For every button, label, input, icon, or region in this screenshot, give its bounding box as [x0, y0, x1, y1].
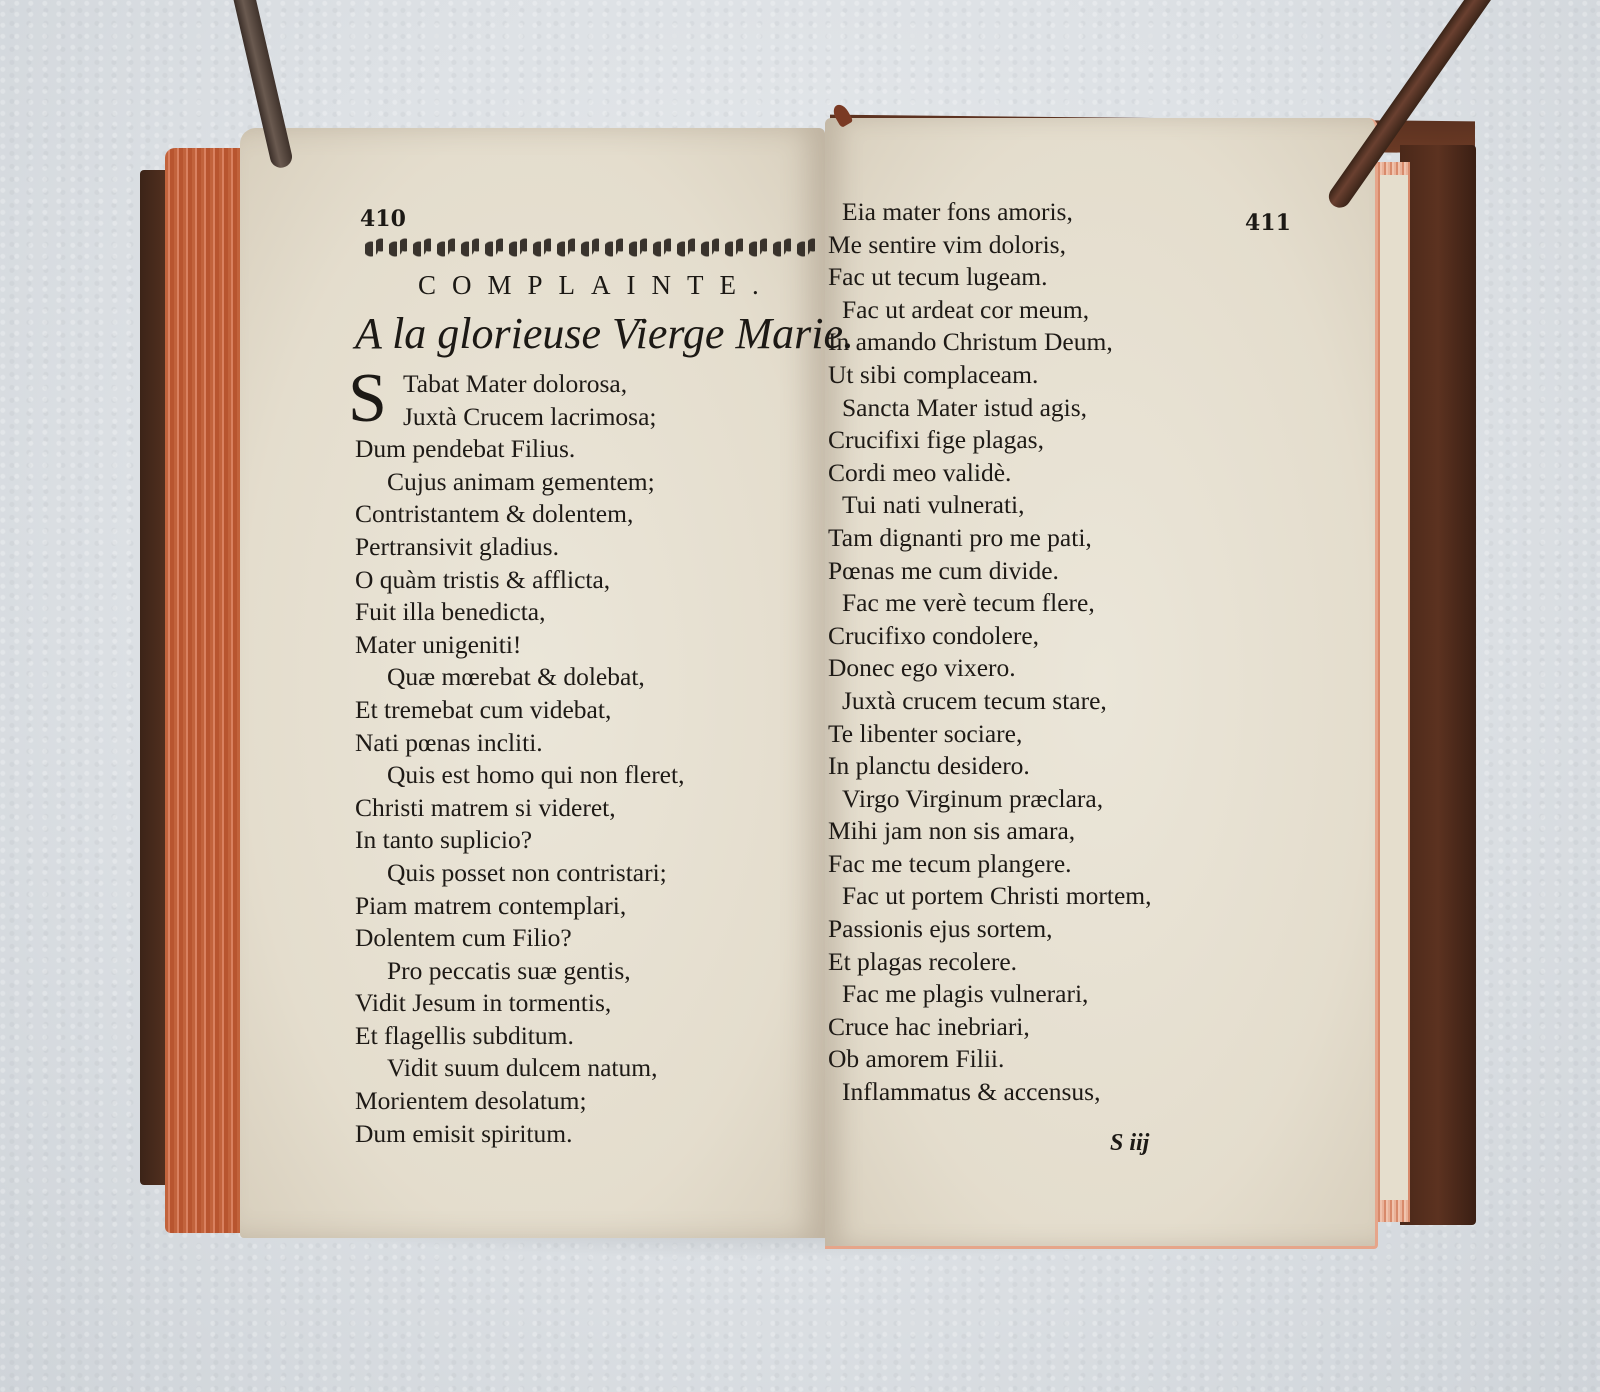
verse-line: Fac me verè tecum flere, — [828, 587, 1152, 620]
signature-mark: S iij — [1110, 1130, 1149, 1157]
verse-line: Vidit suum dulcem natum, — [355, 1052, 684, 1085]
page-heading: COMPLAINTE. — [418, 270, 775, 301]
verse-line: Et tremebat cum videbat, — [355, 694, 684, 727]
verse-line: Virgo Virginum præclara, — [828, 783, 1152, 816]
fleuron-ornament-icon — [365, 233, 820, 265]
verse-line: Mihi jam non sis amara, — [828, 815, 1152, 848]
right-underlying-page — [1380, 175, 1408, 1200]
verse-line: Sancta Mater istud agis, — [828, 392, 1152, 425]
verse-line: Te libenter sociare, — [828, 718, 1152, 751]
verse-line: Quis est homo qui non fleret, — [355, 759, 684, 792]
verse-line: Morientem desolatum; — [355, 1085, 684, 1118]
verse-line: Et flagellis subditum. — [355, 1020, 684, 1053]
verse-line: Crucifixi fige plagas, — [828, 424, 1152, 457]
verse-line: Donec ego vixero. — [828, 652, 1152, 685]
verse-line: Piam matrem contemplari, — [355, 890, 684, 923]
verse-line: Vidit Jesum in tormentis, — [355, 987, 684, 1020]
verse-line: Ut sibi complaceam. — [828, 359, 1152, 392]
verse-line: Dum emisit spiritum. — [355, 1118, 684, 1151]
verse-line: Inflammatus & accensus, — [828, 1076, 1152, 1109]
verse-line: Pœnas me cum divide. — [828, 555, 1152, 588]
verse-line: Tabat Mater dolorosa, — [355, 368, 684, 401]
verse-line: Fac ut portem Christi mortem, — [828, 880, 1152, 913]
verse-line: Me sentire vim doloris, — [828, 229, 1152, 262]
verse-line: Quæ mœrebat & dolebat, — [355, 661, 684, 694]
verse-line: Tui nati vulnerati, — [828, 489, 1152, 522]
verse-line: Mater unigeniti! — [355, 629, 684, 662]
verse-line: Et plagas recolere. — [828, 946, 1152, 979]
folio-number-right: 411 — [1245, 210, 1291, 236]
verse-line: Cruce hac inebriari, — [828, 1011, 1152, 1044]
verse-line: Nati pœnas incliti. — [355, 727, 684, 760]
verse-line: Fac ut ardeat cor meum, — [828, 294, 1152, 327]
verse-line: Cujus animam gementem; — [355, 466, 684, 499]
verse-line: Quis posset non contristari; — [355, 857, 684, 890]
verse-line: Juxtà crucem tecum stare, — [828, 685, 1152, 718]
verse-line: Christi matrem si videret, — [355, 792, 684, 825]
page-subheading: A la glorieuse Vierge Marie. — [355, 308, 854, 359]
verse-line: Dolentem cum Filio? — [355, 922, 684, 955]
verse-line: Dum pendebat Filius. — [355, 433, 684, 466]
verse-line: Fac me plagis vulnerari, — [828, 978, 1152, 1011]
back-cover-board — [1400, 145, 1476, 1225]
verse-line: Tam dignanti pro me pati, — [828, 522, 1152, 555]
verse-line: Pro peccatis suæ gentis, — [355, 955, 684, 988]
verse-line: Fac me tecum plangere. — [828, 848, 1152, 881]
verse-line: Crucifixo condolere, — [828, 620, 1152, 653]
verse-line: Eia mater fons amoris, — [828, 196, 1152, 229]
verse-line: In planctu desidero. — [828, 750, 1152, 783]
verse-line: Fuit illa benedicta, — [355, 596, 684, 629]
verse-line: In amando Christum Deum, — [828, 326, 1152, 359]
verse-line: Ob amorem Filii. — [828, 1043, 1152, 1076]
verse-line: O quàm tristis & afflicta, — [355, 564, 684, 597]
verse-line: Pertransivit gladius. — [355, 531, 684, 564]
verse-line: Juxtà Crucem lacrimosa; — [355, 401, 684, 434]
verse-block-left: Tabat Mater dolorosa, Juxtà Crucem lacri… — [355, 368, 684, 1150]
verse-line: Passionis ejus sortem, — [828, 913, 1152, 946]
verse-line: Cordi meo validè. — [828, 457, 1152, 490]
verse-line: Contristantem & dolentem, — [355, 498, 684, 531]
verse-line: In tanto suplicio? — [355, 824, 684, 857]
folio-number-left: 410 — [360, 206, 406, 232]
verse-block-right: Eia mater fons amoris, Me sentire vim do… — [828, 196, 1152, 1109]
verse-line: Fac ut tecum lugeam. — [828, 261, 1152, 294]
